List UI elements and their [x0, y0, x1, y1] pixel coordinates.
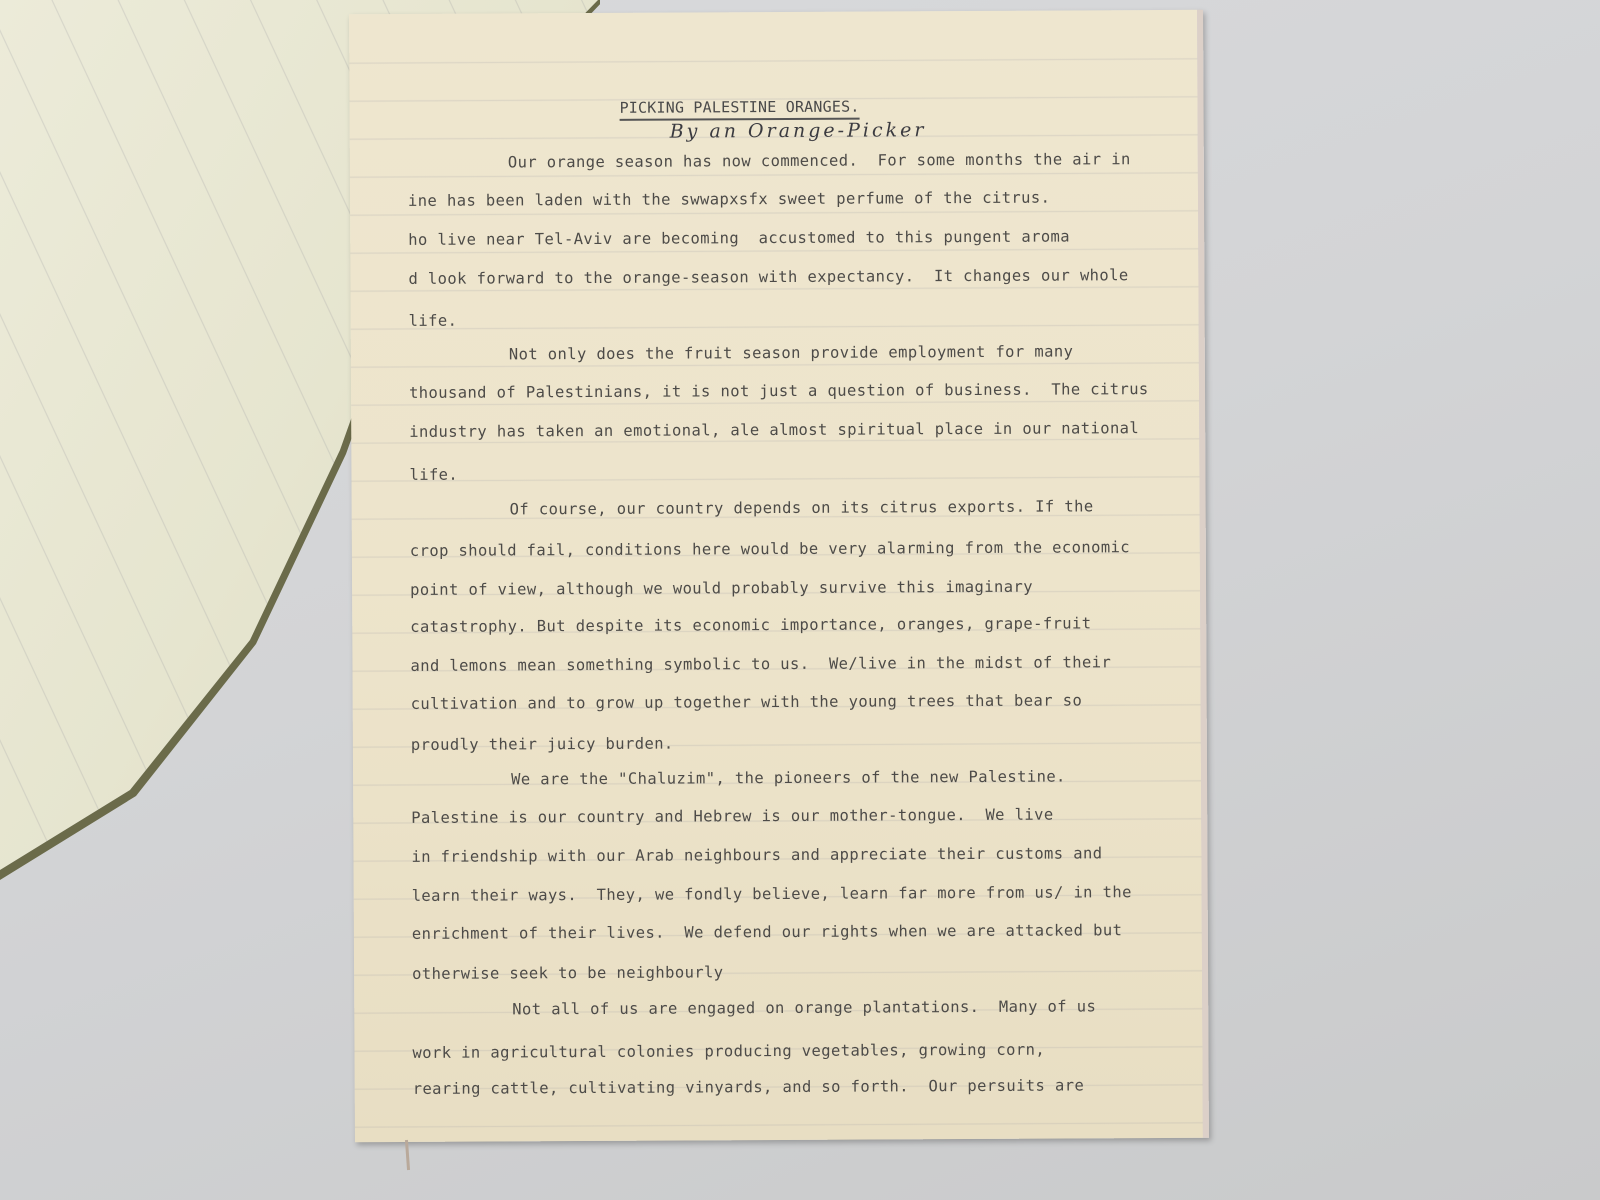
text-line: in friendship with our Arab neighbours a…: [411, 844, 1102, 866]
text-line: ho live near Tel-Aviv are becoming accus…: [408, 227, 1070, 248]
text-line: and lemons mean something symbolic to us…: [410, 653, 1111, 675]
text-line: Not all of us are engaged on orange plan…: [412, 997, 1096, 1019]
text-line: otherwise seek to be neighbourly: [412, 963, 724, 983]
text-line: Our orange season has now commenced. For…: [408, 150, 1131, 172]
typewritten-page: PICKING PALESTINE ORANGES. By an Orange-…: [349, 10, 1209, 1142]
handwritten-byline: By an Orange-Picker: [670, 119, 927, 142]
text-line: learn their ways. They, we fondly believ…: [412, 883, 1132, 905]
loose-thread: [405, 1140, 410, 1170]
text-line: life.: [409, 466, 458, 484]
text-line: We are the "Chaluzim", the pioneers of t…: [411, 768, 1066, 789]
text-line: crop should fail, conditions here would …: [410, 538, 1130, 560]
text-line: rearing cattle, cultivating vinyards, an…: [413, 1076, 1085, 1098]
document-title: PICKING PALESTINE ORANGES.: [619, 98, 859, 121]
text-line: catastrophy. But despite its economic im…: [410, 614, 1091, 636]
text-line: d look forward to the orange-season with…: [408, 266, 1128, 288]
text-line: proudly their juicy burden.: [411, 735, 674, 754]
text-line: Of course, our country depends on its ci…: [410, 497, 1094, 519]
text-line: cultivation and to grow up together with…: [411, 691, 1083, 713]
text-line: Not only does the fruit season provide e…: [409, 342, 1074, 363]
text-line: industry has taken an emotional, ale alm…: [409, 419, 1139, 441]
text-line: point of view, although we would probabl…: [410, 578, 1033, 599]
text-line: Palestine is our country and Hebrew is o…: [411, 806, 1053, 827]
text-line: life.: [409, 312, 458, 330]
text-line: enrichment of their lives. We defend our…: [412, 921, 1123, 943]
text-line: work in agricultural colonies producing …: [412, 1041, 1045, 1062]
text-line: thousand of Palestinians, it is not just…: [409, 380, 1149, 402]
text-line: ine has been laden with the swwapxsfx sw…: [408, 189, 1050, 210]
